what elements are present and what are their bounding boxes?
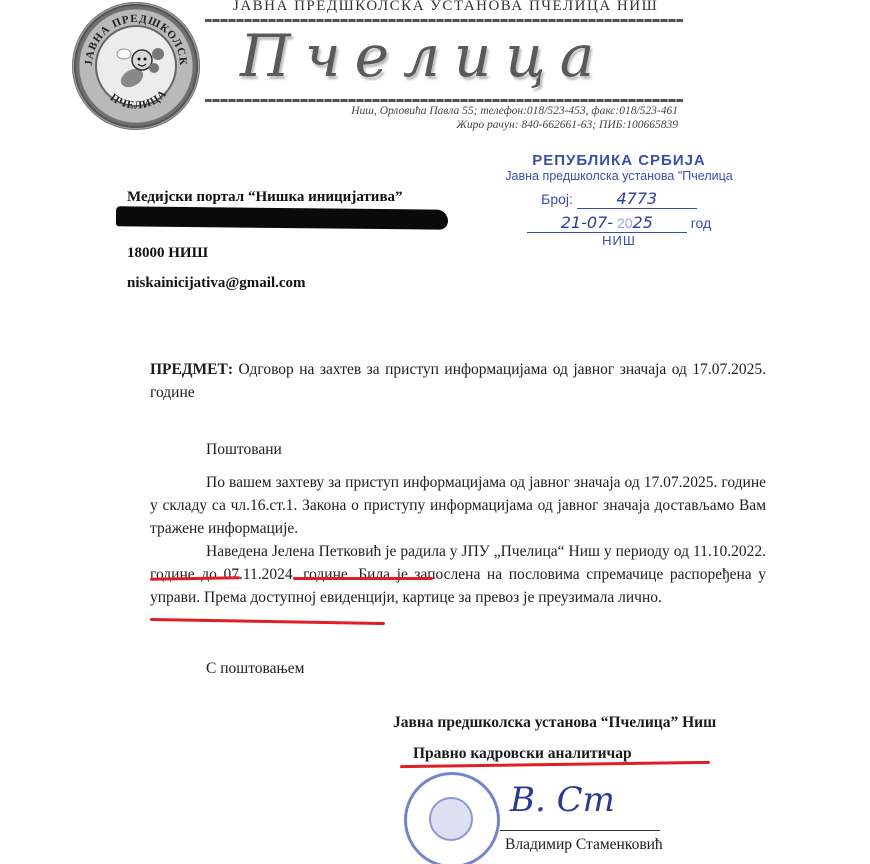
underline-transport xyxy=(150,618,385,625)
recipient-name: Медијски портал “Нишка иницијатива” xyxy=(127,189,403,206)
signature-line xyxy=(500,830,660,831)
account-line: Жиро рачун: 840-662661-63; ПИБ:100665839 xyxy=(310,118,678,132)
stamp-city: НИШ xyxy=(484,233,754,248)
greeting: Поштовани xyxy=(150,438,766,461)
letterhead-address: Ниш, Орловића Павла 55; телефон:018/523-… xyxy=(310,104,678,132)
coat-of-arms-icon xyxy=(429,797,473,841)
redaction-mark xyxy=(116,206,448,229)
stamp-date-row: 21-07- 2025 год xyxy=(484,213,754,233)
signature-institution: Јавна предшколска установа “Пчелица” Ниш xyxy=(393,714,716,732)
brand-wordmark: Пчелица xyxy=(240,22,608,90)
subject-line: ПРЕДМЕТ: Одговор на захтев за приступ ин… xyxy=(150,358,766,404)
handwritten-signature: В. Ст xyxy=(510,780,615,820)
recipient-city: 18000 НИШ xyxy=(127,245,208,262)
institution-logo: ЈАВНА ПРЕДШКОЛСКА УСТАНОВА ПЧЕЛИЦА xyxy=(72,2,200,130)
signature-position: Правно кадровски аналитичар xyxy=(413,745,632,763)
logo-ring-icon: ЈАВНА ПРЕДШКОЛСКА УСТАНОВА ПЧЕЛИЦА xyxy=(72,2,200,130)
registry-stamp: РЕПУБЛИКА СРБИЈА Јавна предшколска устан… xyxy=(484,152,754,248)
stamp-number-value: 4773 xyxy=(616,189,657,208)
stamp-date-value: 21-07- xyxy=(561,213,613,232)
recipient-email: niskainicijativa@gmail.com xyxy=(127,275,306,292)
address-line: Ниш, Орловића Павла 55; телефон:018/523-… xyxy=(310,104,678,118)
closing: С поштовањем xyxy=(150,657,766,680)
subject-text: Одговор на захтев за приступ информација… xyxy=(150,361,766,401)
underline-end-date xyxy=(293,577,433,580)
stamp-number-label: Број: xyxy=(541,191,573,207)
body-paragraph-1: По вашем захтеву за приступ информацијам… xyxy=(150,471,766,540)
stamp-year-prefix: 20 xyxy=(617,215,633,231)
stamp-year-suffix: 25 xyxy=(633,213,653,232)
body-paragraph-2: Наведена Јелена Петковић је радила у ЈПУ… xyxy=(150,540,766,609)
decorative-rule xyxy=(205,99,683,102)
stamp-country: РЕПУБЛИКА СРБИЈА xyxy=(484,152,754,169)
stamp-year-label: год xyxy=(691,215,711,231)
official-seal xyxy=(404,772,500,864)
signatory-name: Владимир Стаменковић xyxy=(505,836,663,854)
institution-header: ЈАВНА ПРЕДШКОЛСКА УСТАНОВА ПЧЕЛИЦА НИШ xyxy=(233,0,658,15)
subject-label: ПРЕДМЕТ: xyxy=(150,361,233,378)
stamp-institution: Јавна предшколска установа "Пчелица xyxy=(484,169,754,183)
stamp-number-row: Број: 4773 xyxy=(484,189,754,209)
